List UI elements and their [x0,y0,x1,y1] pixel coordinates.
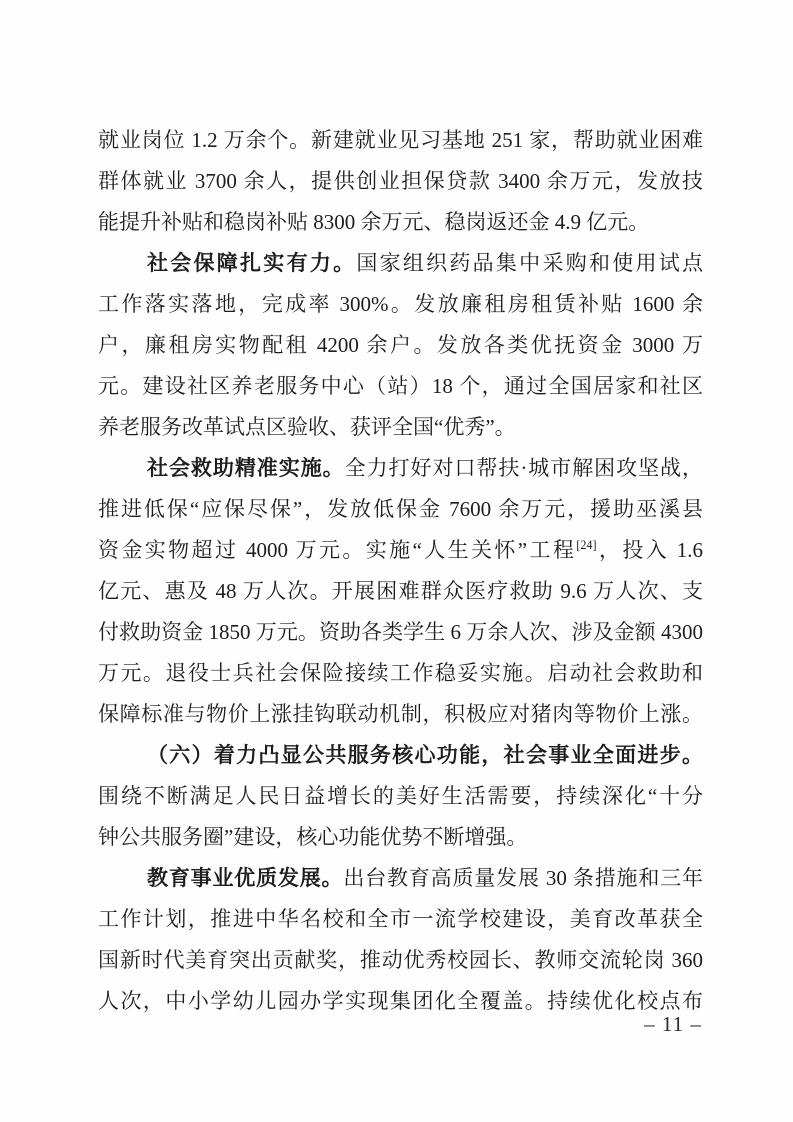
text-segment: 全力打好对口帮扶·城市解困攻坚战， [345,456,703,480]
text-segment: 钟公共服务圈”建设，核心功能优势不断增强。 [98,825,527,849]
text-line: 钟公共服务圈”建设，核心功能优势不断增强。 [98,817,703,858]
text-segment: 出台教育高质量发展 30 条措施和三年 [343,866,703,890]
text-segment: 元。建设社区养老服务中心（站）18 个，通过全国居家和社区 [98,374,703,398]
paragraph-4: （六）着力凸显公共服务核心功能，社会事业全面进步。围绕不断满足人民日益增长的美好… [98,735,703,858]
text-line: 社会救助精准实施。全力打好对口帮扶·城市解困攻坚战， [98,448,703,489]
page-number: – 11 – [633,1012,713,1037]
text-line: 推进低保“应保尽保”，发放低保金 7600 余万元，援助巫溪县 [98,489,703,530]
text-segment: 亿元、惠及 48 万人次。开展困难群众医疗救助 9.6 万人次、支 [98,579,703,603]
text-segment: 教育事业优质发展。 [147,867,343,890]
paragraph-5: 教育事业优质发展。出台教育高质量发展 30 条措施和三年工作计划，推进中华名校和… [98,858,703,1022]
text-line: 付救助资金 1850 万元。资助各类学生 6 万余人次、涉及金额 4300 [98,612,703,653]
text-line: 国新时代美育突出贡献奖，推动优秀校园长、教师交流轮岗 360 [98,940,703,981]
text-line: 亿元、惠及 48 万人次。开展困难群众医疗救助 9.6 万人次、支 [98,571,703,612]
text-line: 群体就业 3700 余人，提供创业担保贷款 3400 余万元，发放技 [98,161,703,202]
text-line: 元。建设社区养老服务中心（站）18 个，通过全国居家和社区 [98,366,703,407]
text-line: 围绕不断满足人民日益增长的美好生活需要，持续深化“十分 [98,776,703,817]
text-segment: 养老服务改革试点区验收、获评全国“优秀”。 [98,415,516,439]
text-line: 社会保障扎实有力。国家组织药品集中采购和使用试点 [98,243,703,284]
text-line: 万元。退役士兵社会保险接续工作稳妥实施。启动社会救助和 [98,653,703,694]
document-page: 就业岗位 1.2 万余个。新建就业见习基地 251 家，帮助就业困难群体就业 3… [0,0,793,1122]
text-line: 就业岗位 1.2 万余个。新建就业见习基地 251 家，帮助就业困难 [98,120,703,161]
text-line: 户，廉租房实物配租 4200 余户。发放各类优抚资金 3000 万 [98,325,703,366]
text-line: 教育事业优质发展。出台教育高质量发展 30 条措施和三年 [98,858,703,899]
text-segment: 国新时代美育突出贡献奖，推动优秀校园长、教师交流轮岗 360 [98,948,703,972]
text-segment: 保障标准与物价上涨挂钩联动机制，积极应对猪肉等物价上涨。 [98,702,703,726]
paragraph-3: 社会救助精准实施。全力打好对口帮扶·城市解困攻坚战，推进低保“应保尽保”，发放低… [98,448,703,735]
text-segment: （六）着力凸显公共服务核心功能，社会事业全面进步。 [147,743,703,767]
text-segment: 国家组织药品集中采购和使用试点 [356,251,703,275]
text-line: 工作计划，推进中华名校和全市一流学校建设，美育改革获全 [98,899,703,940]
text-segment: 群体就业 3700 余人，提供创业担保贷款 3400 余万元，发放技 [98,169,703,193]
text-segment: 就业岗位 1.2 万余个。新建就业见习基地 251 家，帮助就业困难 [98,128,703,152]
text-line: （六）着力凸显公共服务核心功能，社会事业全面进步。 [98,735,703,776]
text-segment: 工作落实落地，完成率 300%。发放廉租房租赁补贴 1600 余 [98,292,703,316]
text-segment: 资金实物超过 4000 万元。实施“人生关怀”工程 [98,538,576,562]
text-line: 保障标准与物价上涨挂钩联动机制，积极应对猪肉等物价上涨。 [98,694,703,735]
text-segment: 社会救助精准实施。 [147,457,345,480]
text-segment: 万元。退役士兵社会保险接续工作稳妥实施。启动社会救助和 [98,661,703,685]
paragraph-1: 就业岗位 1.2 万余个。新建就业见习基地 251 家，帮助就业困难群体就业 3… [98,120,703,243]
text-line: 养老服务改革试点区验收、获评全国“优秀”。 [98,407,703,448]
footnote-reference: [24] [576,538,596,552]
text-segment: 人次，中小学幼儿园办学实现集团化全覆盖。持续优化校点布 [98,989,703,1013]
text-segment: ，投入 1.6 [597,538,703,562]
text-line: 工作落实落地，完成率 300%。发放廉租房租赁补贴 1600 余 [98,284,703,325]
text-segment: 围绕不断满足人民日益增长的美好生活需要，持续深化“十分 [98,784,703,808]
text-line: 资金实物超过 4000 万元。实施“人生关怀”工程[24]，投入 1.6 [98,530,703,571]
text-segment: 户，廉租房实物配租 4200 余户。发放各类优抚资金 3000 万 [98,333,703,357]
text-segment: 工作计划，推进中华名校和全市一流学校建设，美育改革获全 [98,907,703,931]
text-segment: 付救助资金 1850 万元。资助各类学生 6 万余人次、涉及金额 4300 [98,620,703,644]
text-line: 能提升补贴和稳岗补贴 8300 余万元、稳岗返还金 4.9 亿元。 [98,202,703,243]
text-segment: 能提升补贴和稳岗补贴 8300 余万元、稳岗返还金 4.9 亿元。 [98,210,649,234]
text-content: 就业岗位 1.2 万余个。新建就业见习基地 251 家，帮助就业困难群体就业 3… [98,120,703,1022]
text-line: 人次，中小学幼儿园办学实现集团化全覆盖。持续优化校点布 [98,981,703,1022]
text-segment: 推进低保“应保尽保”，发放低保金 7600 余万元，援助巫溪县 [98,497,703,521]
text-segment: 社会保障扎实有力。 [147,252,356,275]
paragraph-2: 社会保障扎实有力。国家组织药品集中采购和使用试点工作落实落地，完成率 300%。… [98,243,703,448]
